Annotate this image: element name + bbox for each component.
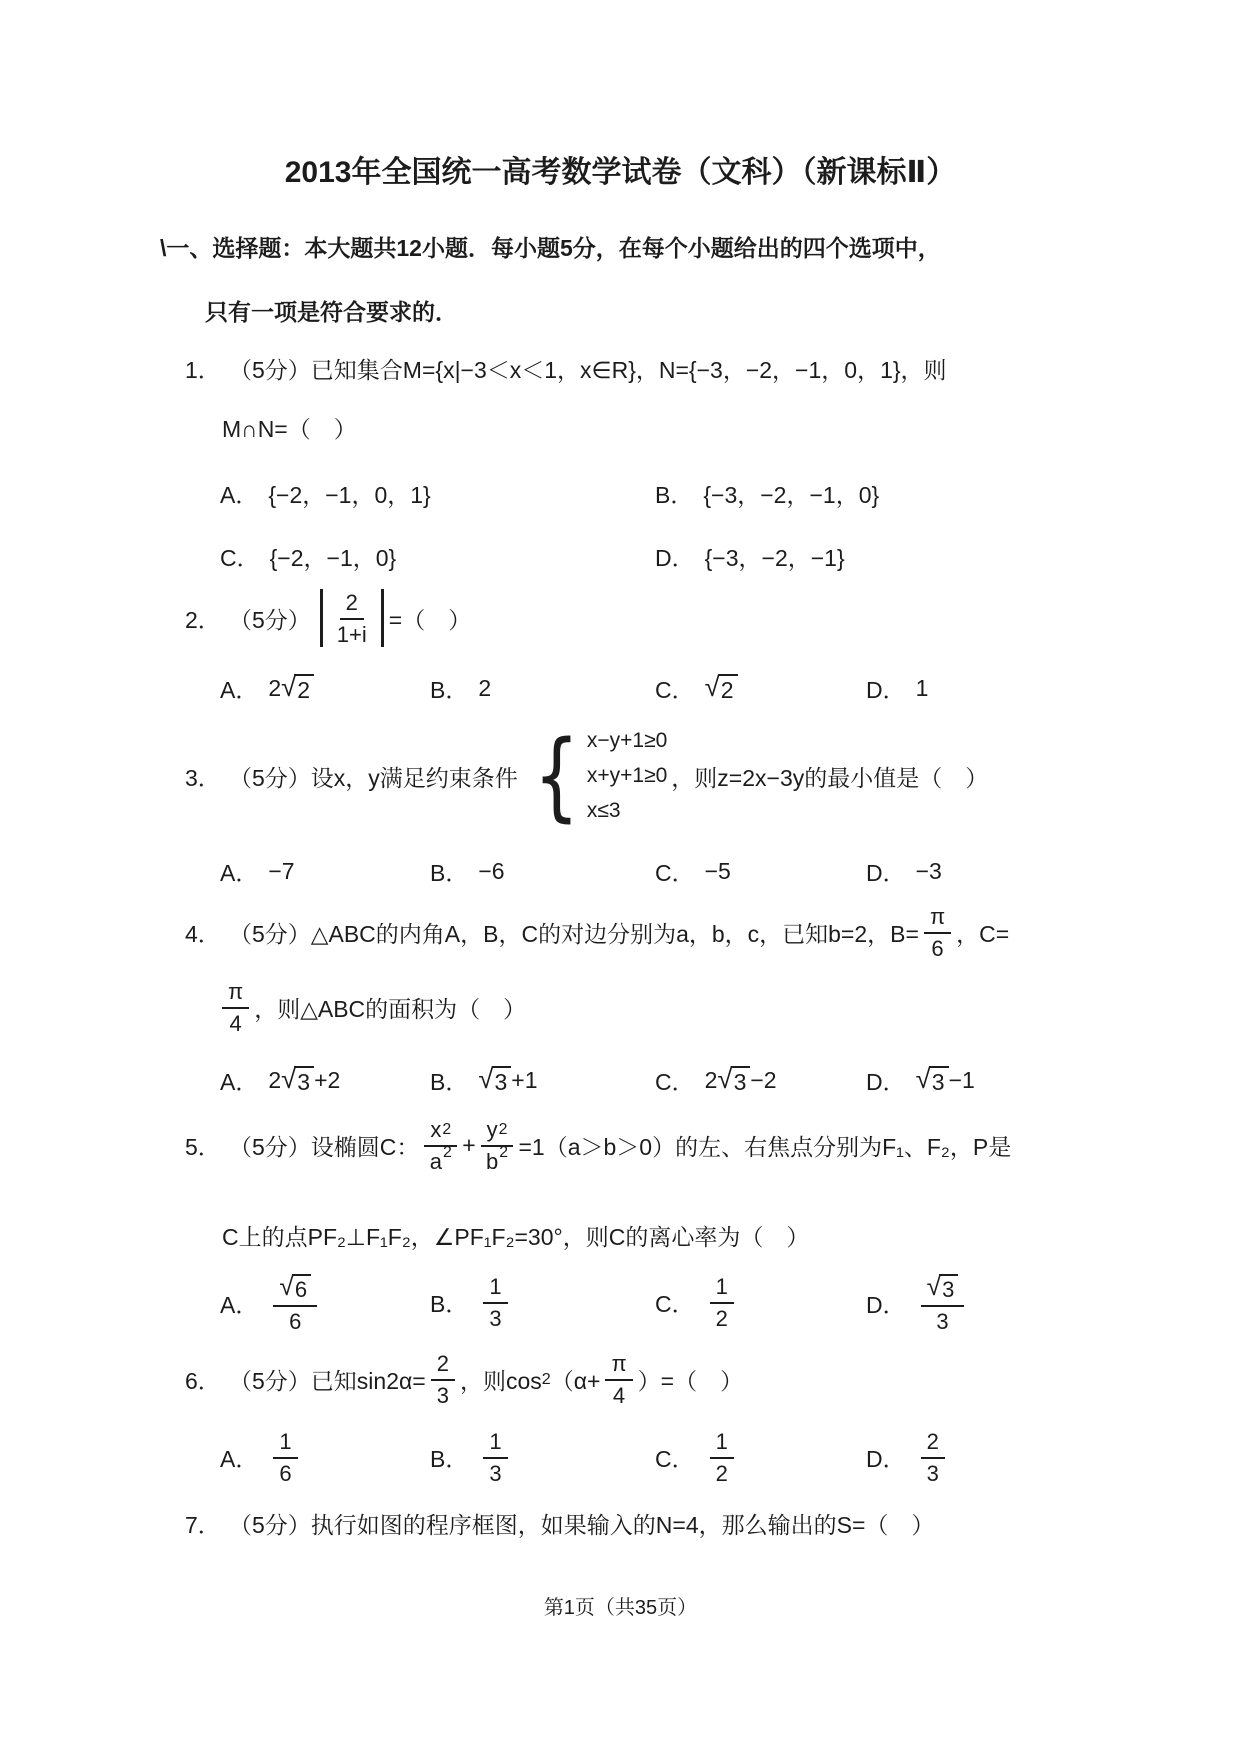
option-label: A． [220,672,258,705]
option-label: C． [655,1064,695,1097]
fraction-denominator: 3 [489,1459,501,1486]
fraction: π 4 [222,978,249,1037]
radicand: 2 [718,674,738,702]
fraction: π 6 [924,903,951,962]
radical-sign-icon: √ [705,673,720,702]
numerator-base: y [487,1117,498,1142]
question-6-option-b: B． 13 [430,1428,513,1487]
option-label: B． [430,1286,468,1319]
fraction-denominator: 2 [716,1304,728,1331]
question-1-line1: 1．（5分）已知集合M={x|−3＜x＜1，x∈R}，N={−3，−2，−1，0… [185,355,947,385]
exam-page: 2013年全国统一高考数学试卷（文科）（新课标Ⅱ） \一、选择题：本大题共12小… [0,0,1241,1754]
option-label: C． [220,540,260,573]
fraction: 12 [710,1273,734,1332]
numerator-exponent: 2 [442,1122,451,1138]
option-value: −7 [268,858,294,885]
question-4-line1: 4． （5分）△ABC的内角A，B，C的对边分别为a，b，c，已知b=2，B= … [185,903,1009,962]
fraction: √6 6 [273,1273,317,1334]
question-2-option-c: C． √2 [655,672,738,705]
question-2-option-b: B．2 [430,672,491,705]
question-2-options: A． 2 √2 B．2 C． √2 D．1 [0,672,1241,708]
option-value: {−3，−2，−1} [705,540,845,573]
option-label: A． [220,1064,258,1097]
fraction: x2 a2 [424,1116,457,1175]
question-7-stem: 7．（5分）执行如图的程序框图，如果输入的N=4，那么输出的S=（ ） [185,1510,934,1540]
fraction-numerator: 2 [431,1350,455,1381]
radicand: 6 [292,1274,311,1301]
question-1-line2: M∩N=（ ） [222,414,357,444]
radicand: 3 [929,1066,949,1094]
radical: √3 [478,1066,511,1095]
option-label: A． [220,1287,258,1320]
question-6-text: （5分）已知sin2α= [229,1363,426,1396]
fraction: y2 b2 [481,1116,514,1175]
question-5-option-c: C． 12 [655,1273,739,1332]
question-1-option-d: D．{−3，−2，−1} [655,540,845,573]
fraction-denominator: 2 [716,1459,728,1486]
radical: √3 [281,1066,314,1095]
question-4-number: 4． [185,916,229,949]
radicand: 3 [731,1066,751,1094]
radical-sign-icon: √ [281,1065,296,1094]
question-5-text: （5分）设椭圆C： [229,1129,419,1162]
fraction: 12 [710,1428,734,1487]
radical-sign-icon: √ [927,1273,941,1301]
fraction-denominator: 6 [931,934,943,961]
option-label: B． [655,477,693,510]
fraction-denominator: 6 [279,1459,291,1486]
radical: √6 [279,1274,311,1302]
radical: √3 [927,1274,959,1302]
question-1-text: （5分）已知集合M={x|−3＜x＜1，x∈R}，N={−3，−2，−1，0，1… [229,357,947,383]
question-1-number: 1． [185,355,229,385]
plus-sign: + [462,1132,475,1159]
fraction-numerator: π [222,978,249,1009]
question-4-options: A． 2 √3 +2 B． √3 +1 C． 2 √3 −2 D． √3 −1 [0,1064,1241,1100]
option-label: D． [655,540,695,573]
section-heading-line1: \一、选择题：本大题共12小题．每小题5分，在每个小题给出的四个选项中， [160,233,941,263]
fraction-denominator: 4 [613,1381,625,1408]
abs-bar-left [320,589,323,647]
denominator-exponent: 2 [499,1145,508,1161]
fraction-numerator: 1 [710,1273,734,1304]
radical: √2 [281,674,314,703]
option-coefficient: 2 [268,675,281,702]
option-value: {−2，−1，0} [270,540,397,573]
denominator-base: b [486,1149,498,1174]
fraction-numerator: π [924,903,951,934]
question-3-text: （5分）设x，y满足约束条件 [229,760,518,793]
question-4-option-c: C． 2 √3 −2 [655,1064,777,1097]
page-number-footer: 第1页（共35页） [0,1593,1241,1623]
question-2-answer-blank: =（ ） [389,602,471,635]
radical: √3 [916,1066,949,1095]
fraction-numerator: 1 [483,1273,507,1304]
radical-sign-icon: √ [281,673,296,702]
question-2-stem: 2． （5分） 2 1+i =（ ） [185,589,471,648]
option-suffix: −2 [750,1067,776,1094]
question-3-option-a: A．−7 [220,855,295,888]
question-1-option-c: C．{−2，−1，0} [220,540,396,573]
question-5-line1: 5． （5分）设椭圆C： x2 a2 + y2 b2 =1（a＞b＞0）的左、右… [185,1116,1011,1175]
question-4-line2: π 4 ，则△ABC的面积为（ ） [222,978,526,1037]
option-coefficient: 2 [705,1067,718,1094]
radical-sign-icon: √ [478,1065,493,1094]
option-suffix: +2 [314,1067,340,1094]
option-label: C． [655,855,695,888]
question-6-options: A． 16 B． 13 C． 12 D． 23 [0,1428,1241,1492]
option-label: C． [655,1286,695,1319]
constraint-1: x−y+1≥0 [587,726,667,756]
radicand: 2 [294,674,314,702]
question-3-stem: 3． （5分）设x，y满足约束条件 { x−y+1≥0 x+y+1≥0 x≤3 … [185,726,988,826]
option-label: B． [430,1441,468,1474]
fraction-numerator: 1 [273,1428,297,1459]
question-2-option-d: D．1 [866,672,928,705]
section-heading-line2: 只有一项是符合要求的． [205,297,458,327]
denominator-base: a [430,1149,442,1174]
fraction-denominator: 4 [229,1009,241,1036]
question-1-options-row1: A．{−2，−1，0，1} B．{−3，−2，−1，0} [0,477,1241,513]
cosine-exponent: 2 [542,1371,551,1387]
option-value: {−3，−2，−1，0} [703,477,879,510]
option-label: D． [866,672,906,705]
question-2-option-a: A． 2 √2 [220,672,314,705]
question-5-option-a: A． √6 6 [220,1273,322,1334]
fraction-denominator: 1+i [337,620,367,647]
radical-sign-icon: √ [717,1065,732,1094]
question-7-text: （5分）执行如图的程序框图，如果输入的N=4，那么输出的S=（ ） [229,1512,934,1538]
option-label: C． [655,1441,695,1474]
question-3-option-c: C．−5 [655,855,731,888]
question-1-options-row2: C．{−2，−1，0} D．{−3，−2，−1} [0,540,1241,576]
option-label: B． [430,855,468,888]
option-label: A． [220,1441,258,1474]
question-6-text-mid: ，则cos [460,1363,542,1396]
constraint-3: x≤3 [587,796,667,826]
radicand: 3 [939,1274,958,1301]
fraction-numerator: 2 [921,1428,945,1459]
question-3-option-b: B．−6 [430,855,505,888]
option-value: {−2，−1，0，1} [268,477,430,510]
option-label: D． [866,1064,906,1097]
fraction-numerator: π [605,1350,632,1381]
radical-sign-icon: √ [916,1065,931,1094]
question-4-text: （5分）△ABC的内角A，B，C的对边分别为a，b，c，已知b=2，B= [229,916,919,949]
question-4-option-b: B． √3 +1 [430,1064,538,1097]
option-label: B． [430,672,468,705]
fraction-denominator: 3 [936,1307,948,1334]
option-value: −3 [916,858,942,885]
constraint-2: x+y+1≥0 [587,761,667,791]
fraction: √3 3 [921,1273,965,1334]
question-2-text: （5分） [229,602,311,635]
radicand: 3 [492,1066,512,1094]
fraction-numerator: y2 [481,1116,514,1147]
question-6-stem: 6． （5分）已知sin2α= 23 ，则cos2（α+ π4 ）=（ ） [185,1350,743,1409]
radical-sign-icon: √ [279,1273,293,1301]
fraction: 13 [483,1428,507,1487]
question-5-text-cont: =1（a＞b＞0）的左、右焦点分别为F₁、F₂，P是 [518,1129,1011,1162]
abs-bar-right [381,589,384,647]
option-label: A． [220,477,258,510]
question-4-option-d: D． √3 −1 [866,1064,975,1097]
option-label: C． [655,672,695,705]
fraction-denominator: 6 [289,1307,301,1334]
fraction-numerator: √6 [273,1273,317,1307]
question-4-text-cont: ，C= [956,916,1009,949]
option-label: D． [866,1287,906,1320]
fraction: π4 [605,1350,632,1409]
page-title: 2013年全国统一高考数学试卷（文科）（新课标Ⅱ） [0,155,1241,191]
question-5-options: A． √6 6 B． 13 C． 12 D． √3 3 [0,1273,1241,1337]
question-2-number: 2． [185,602,229,635]
question-3-options: A．−7 B．−6 C．−5 D．−3 [0,855,1241,891]
constraint-system: x−y+1≥0 x+y+1≥0 x≤3 [587,726,667,826]
fraction: 2 1+i [337,589,367,648]
fraction: 13 [483,1273,507,1332]
option-value: 2 [478,675,491,702]
option-label: A． [220,855,258,888]
radical: √2 [705,674,738,703]
option-value: −5 [705,858,731,885]
fraction: 16 [273,1428,297,1487]
option-label: B． [430,1064,468,1097]
fraction-numerator: 1 [483,1428,507,1459]
fraction: 23 [431,1350,455,1409]
numerator-base: x [430,1117,441,1142]
fraction-numerator: 1 [710,1428,734,1459]
radicand: 3 [294,1066,314,1094]
question-1-option-a: A．{−2，−1，0，1} [220,477,431,510]
question-1-option-b: B．{−3，−2，−1，0} [655,477,879,510]
fraction: 23 [921,1428,945,1487]
question-6-option-a: A． 16 [220,1428,303,1487]
option-suffix: +1 [511,1067,537,1094]
fraction-denominator: 3 [489,1304,501,1331]
question-4-option-a: A． 2 √3 +2 [220,1064,340,1097]
option-coefficient: 2 [268,1067,281,1094]
system-brace: { [533,728,579,824]
question-5-line2: C上的点PF₂⊥F₁F₂，∠PF₁F₂=30°，则C的离心率为（ ） [222,1222,809,1252]
question-3-option-d: D．−3 [866,855,942,888]
denominator-exponent: 2 [443,1145,452,1161]
question-6-option-d: D． 23 [866,1428,950,1487]
fraction-denominator: 3 [437,1381,449,1408]
question-3-number: 3． [185,760,229,793]
option-label: D． [866,1441,906,1474]
radical: √3 [717,1066,750,1095]
option-suffix: −1 [949,1067,975,1094]
question-6-text-mid2: （α+ [551,1363,601,1396]
fraction-numerator: x2 [424,1116,457,1147]
question-7-number: 7． [185,1510,229,1540]
question-5-number: 5． [185,1129,229,1162]
question-6-number: 6． [185,1363,229,1396]
option-value: 1 [916,675,929,702]
fraction-denominator: b2 [486,1147,508,1174]
question-4-answer-blank: ，则△ABC的面积为（ ） [254,991,526,1024]
question-6-answer-blank: ）=（ ） [638,1363,743,1396]
fraction-denominator: a2 [430,1147,452,1174]
option-value: −6 [478,858,504,885]
fraction-denominator: 3 [927,1459,939,1486]
option-label: D． [866,855,906,888]
question-3-answer-blank: ，则z=2x−3y的最小值是（ ） [671,760,988,793]
question-5-option-b: B． 13 [430,1273,513,1332]
numerator-exponent: 2 [499,1122,508,1138]
question-5-option-d: D． √3 3 [866,1273,969,1334]
fraction-numerator: √3 [921,1273,965,1307]
question-6-option-c: C． 12 [655,1428,739,1487]
fraction-numerator: 2 [340,589,364,620]
